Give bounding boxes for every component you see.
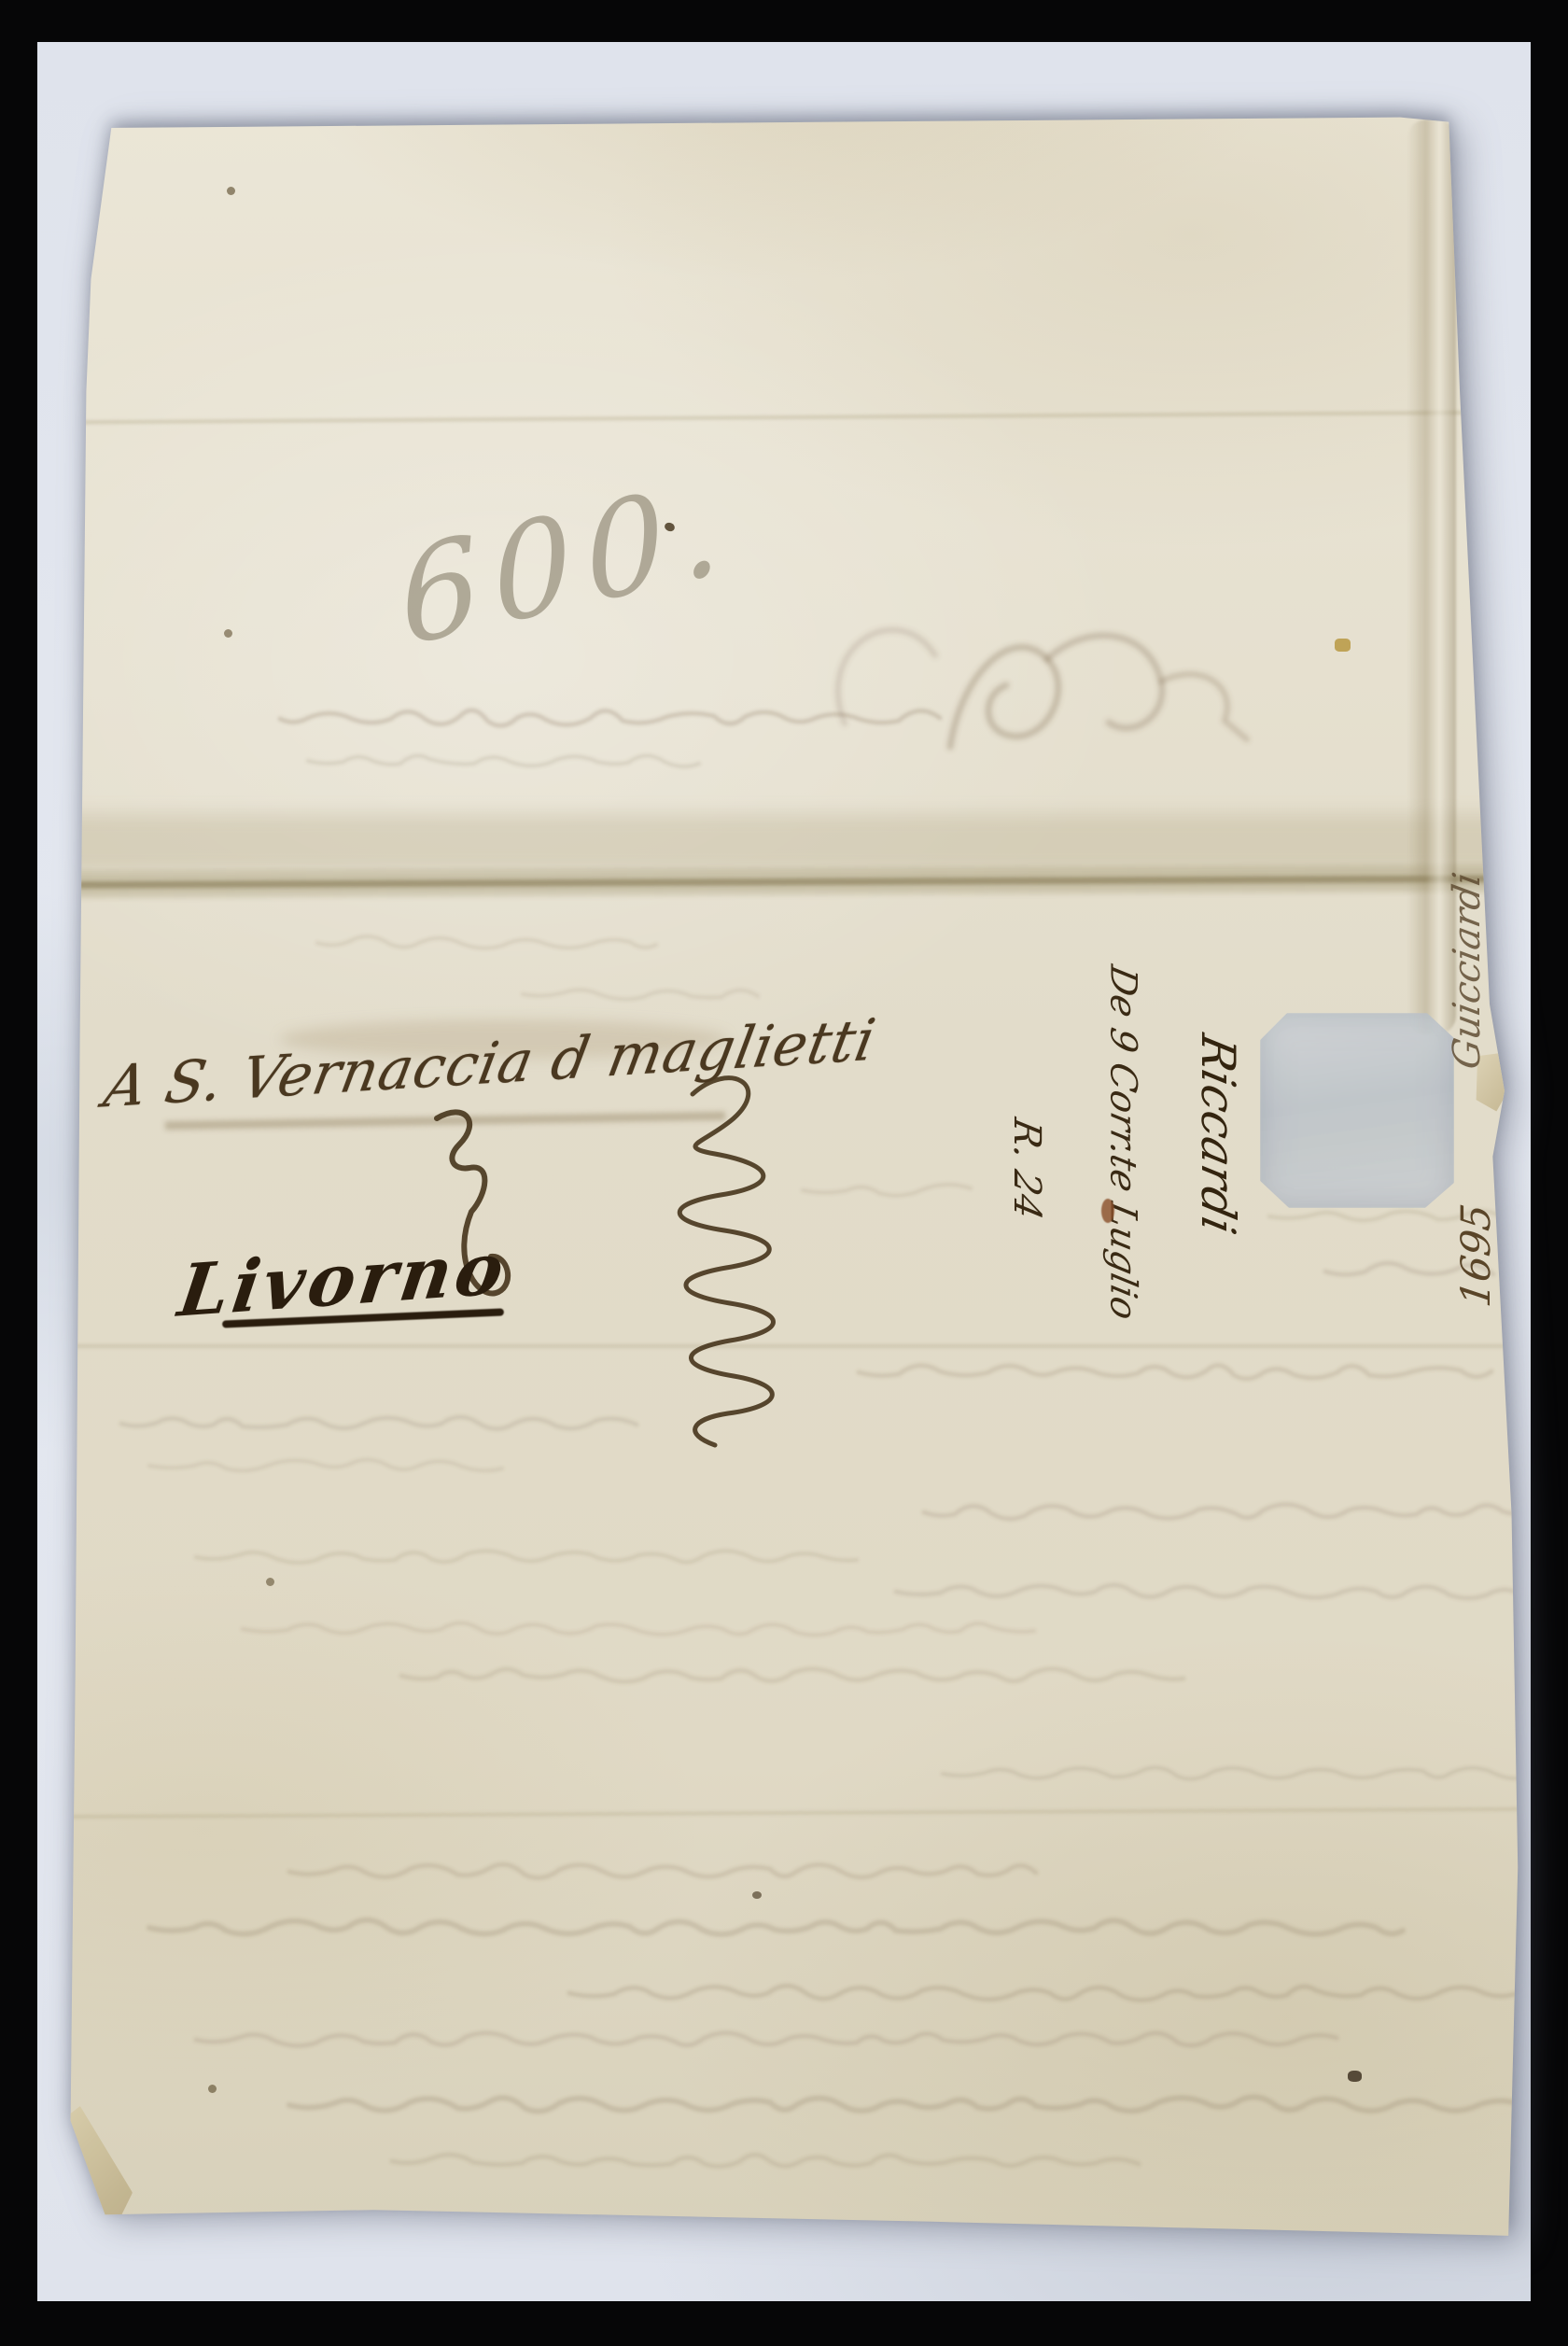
photo-stage: 600. A S. Vernaccia d maglietti Livorno … — [0, 0, 1568, 2346]
dark-fleck-2 — [752, 1891, 762, 1899]
docket-name: Riccardi — [1191, 1030, 1245, 1239]
docket-note: R. 24 — [1005, 1115, 1048, 1223]
spiral-flourish — [679, 1078, 773, 1445]
letter-sheet: 600. A S. Vernaccia d maglietti Livorno … — [0, 0, 1568, 2346]
ink-flourish-layer — [0, 0, 1568, 2346]
dark-fleck — [1348, 2071, 1362, 2082]
edge-year: 1695 — [1453, 1201, 1500, 1310]
gold-fleck — [1335, 639, 1351, 652]
wormhole-speck-1 — [227, 187, 235, 195]
wormhole-speck-2 — [224, 629, 232, 638]
edge-name: Guicciardi — [1446, 869, 1489, 1073]
wormhole-speck-3 — [266, 1578, 274, 1586]
wormhole-speck-4 — [208, 2085, 217, 2093]
rust-blot — [1101, 1199, 1114, 1223]
docket-date: De 9 Corr.te Luglio — [1102, 962, 1144, 1324]
letter-sheet-wrapper: 600. A S. Vernaccia d maglietti Livorno … — [0, 0, 1568, 2346]
